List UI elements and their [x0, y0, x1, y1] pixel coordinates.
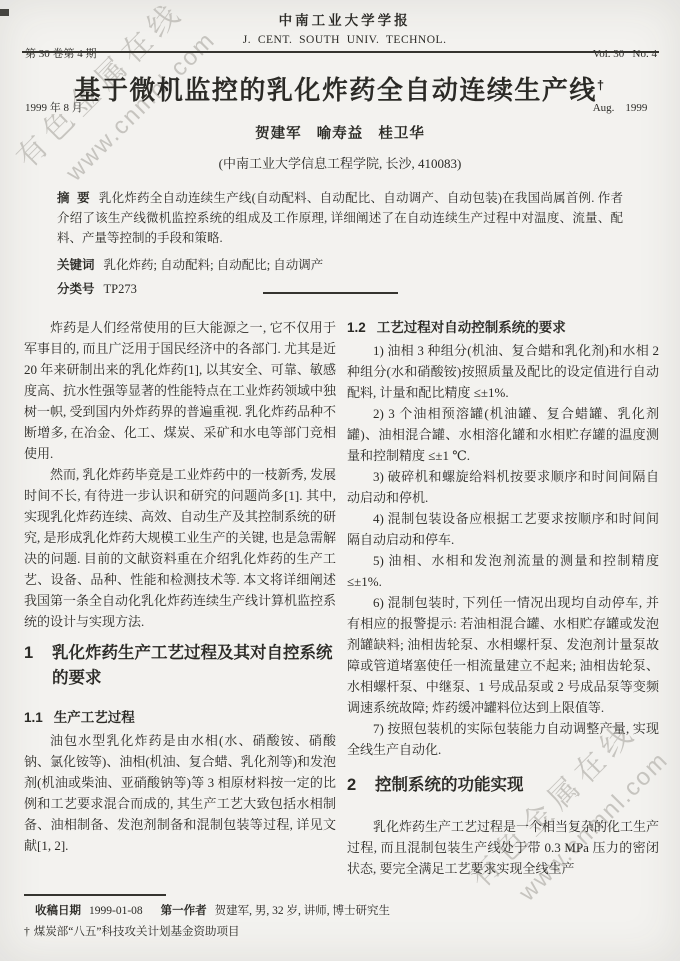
subsection-1-2-heading: 1.2 工艺过程对自动控制系统的要求 [347, 317, 659, 338]
left-column: 炸药是人们经常使用的巨大能源之一, 它不仅用于军事目的, 而且广泛用于国民经济中… [24, 317, 336, 856]
right-column: 1.2 工艺过程对自动控制系统的要求 1) 油相 3 种组分(机油、复合蜡和乳化… [347, 317, 659, 879]
section-1-heading: 1 乳化炸药生产工艺过程及其对自控系统的要求 [24, 641, 336, 691]
section-2-number: 2 [347, 773, 375, 798]
article-title: 基于微机监控的乳化炸药全自动连续生产线† [0, 70, 680, 107]
footnote-rule [24, 894, 166, 896]
requirement-item-6: 6) 混制包装时, 下列任一情况出现均自动停车, 并有相应的报警提示: 若油相混… [347, 592, 659, 718]
subsection-1-1-title: 生产工艺过程 [54, 707, 135, 728]
section-1-number: 1 [24, 641, 52, 691]
subsection-1-2-number: 1.2 [347, 317, 366, 338]
article-authors: 贺建军 喻寿益 桂卫华 [0, 122, 680, 143]
abstract-paragraph: 摘 要乳化炸药全自动连续生产线(自动配料、自动配比、自动调产、自动包装)在我国尚… [57, 188, 623, 248]
requirement-item-5: 5) 油相、水相和发泡剂流量的测量和控制精度 ≤±1%. [347, 550, 659, 592]
requirement-item-2: 2) 3 个油相预溶罐(机油罐、复合蜡罐、乳化剂罐)、油相混合罐、水相溶化罐和水… [347, 403, 659, 466]
journal-issue-volume: 第 30 卷第 4 期 [25, 45, 97, 63]
scan-edge-mark [0, 9, 9, 16]
journal-paper-page: 有色金属在线 www.cnmnl.com 有色金属在线 www.cnmnl.co… [0, 0, 680, 961]
title-dagger-mark: † [597, 77, 606, 92]
first-author-label: 第一作者 [161, 905, 207, 917]
fund-dagger-mark: † [24, 926, 30, 938]
received-date-label: 收稿日期 [35, 905, 81, 917]
requirement-item-3: 3) 破碎机和螺旋给料机按要求顺序和时间间隔自动启动和停机. [347, 466, 659, 508]
footnote-received-line: 收稿日期1999-01-08第一作者贺建军, 男, 32 岁, 讲师, 博士研究… [35, 901, 390, 922]
subsection-1-1-heading: 1.1 生产工艺过程 [24, 707, 336, 728]
journal-name-en: J. CENT. SOUTH UNIV. TECHNOL. [243, 34, 447, 46]
abstract-block: 摘 要乳化炸药全自动连续生产线(自动配料、自动配比、自动调产、自动包装)在我国尚… [57, 188, 623, 299]
article-affiliation: (中南工业大学信息工程学院, 长沙, 410083) [0, 153, 680, 172]
abstract-divider-rule [263, 292, 398, 294]
footnote-block: 收稿日期1999-01-08第一作者贺建军, 男, 32 岁, 讲师, 博士研究… [24, 894, 390, 943]
footnote-fund-line: †煤炭部“八五”科技攻关计划基金资助项目 [24, 922, 390, 943]
section-2-heading: 2 控制系统的功能实现 [347, 773, 659, 798]
requirement-item-4: 4) 混制包装设备应根据工艺要求按顺序和时间间隔自动启动和停车. [347, 508, 659, 550]
intro-paragraph-2: 然而, 乳化炸药毕竟是工业炸药中的一枝新秀, 发展时间不长, 有待进一步认识和研… [24, 464, 336, 632]
intro-paragraph-1: 炸药是人们经常使用的巨大能源之一, 它不仅用于军事目的, 而且广泛用于国民经济中… [24, 317, 336, 464]
subsection-1-2-title: 工艺过程对自动控制系统的要求 [377, 317, 566, 338]
subsection-1-1-number: 1.1 [24, 707, 43, 728]
section-1-1-paragraph: 油包水型乳化炸药是由水相(水、硝酸铵、硝酸钠、氯化铵等)、油相(机油、复合蜡、乳… [24, 730, 336, 856]
requirement-item-1: 1) 油相 3 种组分(机油、复合蜡和乳化剂)和水相 2 种组分(水和硝酸铵)按… [347, 340, 659, 403]
fund-text: 煤炭部“八五”科技攻关计划基金资助项目 [34, 926, 240, 938]
journal-name-cn: 中南工业大学学报 [243, 9, 447, 29]
keywords-label: 关键词 [57, 258, 95, 272]
clc-number: TP273 [104, 282, 137, 296]
abstract-text: 乳化炸药全自动连续生产线(自动配料、自动配比、自动调产、自动包装)在我国尚属首例… [57, 191, 623, 245]
clc-row: 分类号TP273 [57, 279, 623, 299]
keywords-text: 乳化炸药; 自动配料; 自动配比; 自动调产 [104, 258, 324, 272]
clc-label: 分类号 [57, 282, 95, 296]
journal-vol-en: Vol. 30 No. 4 [593, 45, 657, 63]
section-2-title: 控制系统的功能实现 [375, 773, 524, 798]
article-title-text: 基于微机监控的乳化炸药全自动连续生产线 [74, 75, 597, 105]
keywords-row: 关键词乳化炸药; 自动配料; 自动配比; 自动调产 [57, 255, 623, 275]
section-2-paragraph: 乳化炸药生产工艺过程是一个相当复杂的化工生产过程, 而且混制包装生产线处于带 0… [347, 816, 659, 879]
received-date-value: 1999-01-08 [89, 905, 143, 917]
first-author-value: 贺建军, 男, 32 岁, 讲师, 博士研究生 [215, 905, 390, 917]
requirement-item-7: 7) 按照包装机的实际包装能力自动调整产量, 实现全线生产自动化. [347, 718, 659, 760]
abstract-label: 摘 要 [57, 191, 90, 205]
section-1-title: 乳化炸药生产工艺过程及其对自控系统的要求 [52, 641, 336, 691]
header-rule [22, 51, 659, 53]
